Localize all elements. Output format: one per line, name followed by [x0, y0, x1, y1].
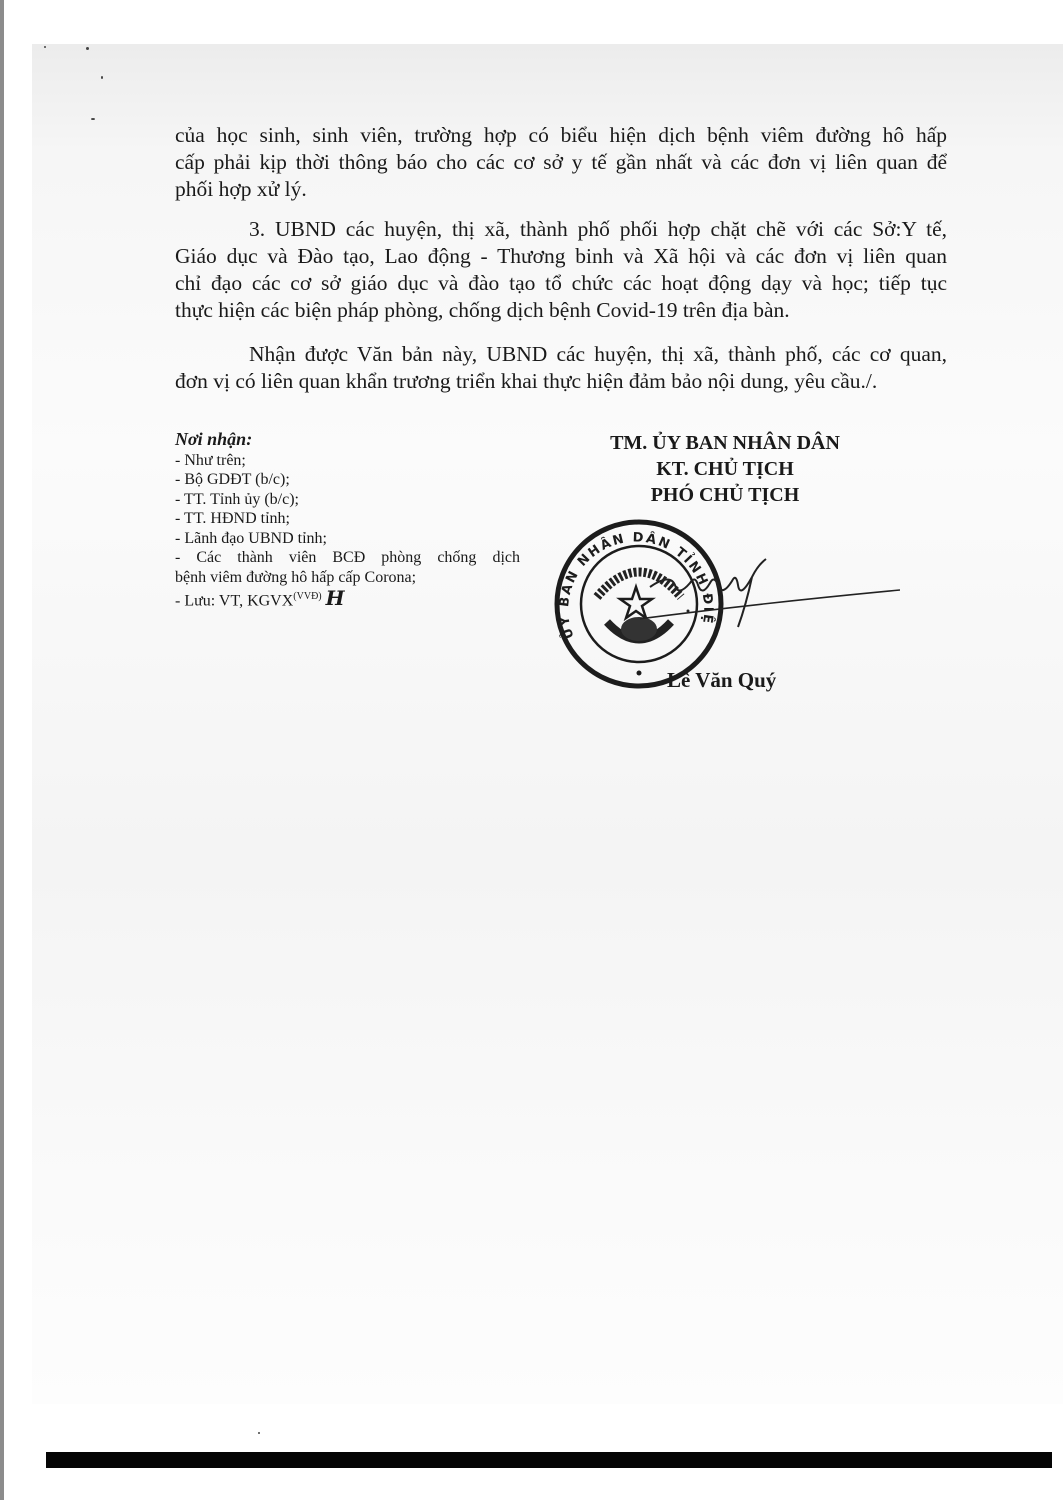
recipient-item: - Các thành viên BCĐ phòng chống dịch	[175, 548, 520, 568]
text-line: thực hiện các biện pháp phòng, chống dịc…	[175, 297, 947, 324]
archive-text: - Lưu: VT, KGVX	[175, 592, 293, 609]
recipient-item: - TT. HĐND tỉnh;	[175, 509, 520, 529]
paragraph-continuation: của học sinh, sinh viên, trường hợp có b…	[175, 122, 947, 203]
recipient-item: - Như trên;	[175, 451, 520, 471]
recipient-item: bệnh viêm đường hô hấp cấp Corona;	[175, 568, 520, 588]
signer-title-3: PHÓ CHỦ TỊCH	[560, 482, 890, 508]
text-line: Giáo dục và Đào tạo, Lao động - Thương b…	[175, 243, 947, 270]
paragraph-3: 3. UBND các huyện, thị xã, thành phố phố…	[175, 216, 947, 324]
handwritten-signature-icon	[640, 555, 900, 635]
text-line: Nhận được Văn bản này, UBND các huyện, t…	[175, 341, 947, 368]
recipient-item: - Bộ GDĐT (b/c);	[175, 470, 520, 490]
signer-block: TM. ỦY BAN NHÂN DÂN KT. CHỦ TỊCH PHÓ CHỦ…	[560, 430, 890, 508]
text-line: phối hợp xử lý.	[175, 176, 947, 203]
archive-superscript: (VVĐ)	[293, 591, 321, 602]
signer-name: Lê Văn Quý	[667, 668, 776, 693]
archive-initials: H	[326, 586, 345, 610]
recipient-item: - Lãnh đạo UBND tỉnh;	[175, 529, 520, 549]
text-line: cấp phải kịp thời thông báo cho các cơ s…	[175, 149, 947, 176]
text-line: chỉ đạo các cơ sở giáo dục và đào tạo tổ…	[175, 270, 947, 297]
recipients-block: Nơi nhận: - Như trên; - Bộ GDĐT (b/c); -…	[175, 430, 520, 611]
recipient-archive: - Lưu: VT, KGVX(VVĐ)H	[175, 587, 520, 611]
text-line: 3. UBND các huyện, thị xã, thành phố phố…	[175, 216, 947, 243]
signer-title-2: KT. CHỦ TỊCH	[560, 456, 890, 482]
text-line: của học sinh, sinh viên, trường hợp có b…	[175, 122, 947, 149]
text-line: đơn vị có liên quan khẩn trương triển kh…	[175, 368, 947, 395]
signer-title-1: TM. ỦY BAN NHÂN DÂN	[560, 430, 890, 456]
recipient-item: - TT. Tỉnh ủy (b/c);	[175, 490, 520, 510]
scan-left-edge	[0, 0, 4, 1500]
scan-bottom-bar	[46, 1452, 1052, 1468]
closing-paragraph: Nhận được Văn bản này, UBND các huyện, t…	[175, 341, 947, 395]
recipients-title: Nơi nhận:	[175, 430, 520, 450]
